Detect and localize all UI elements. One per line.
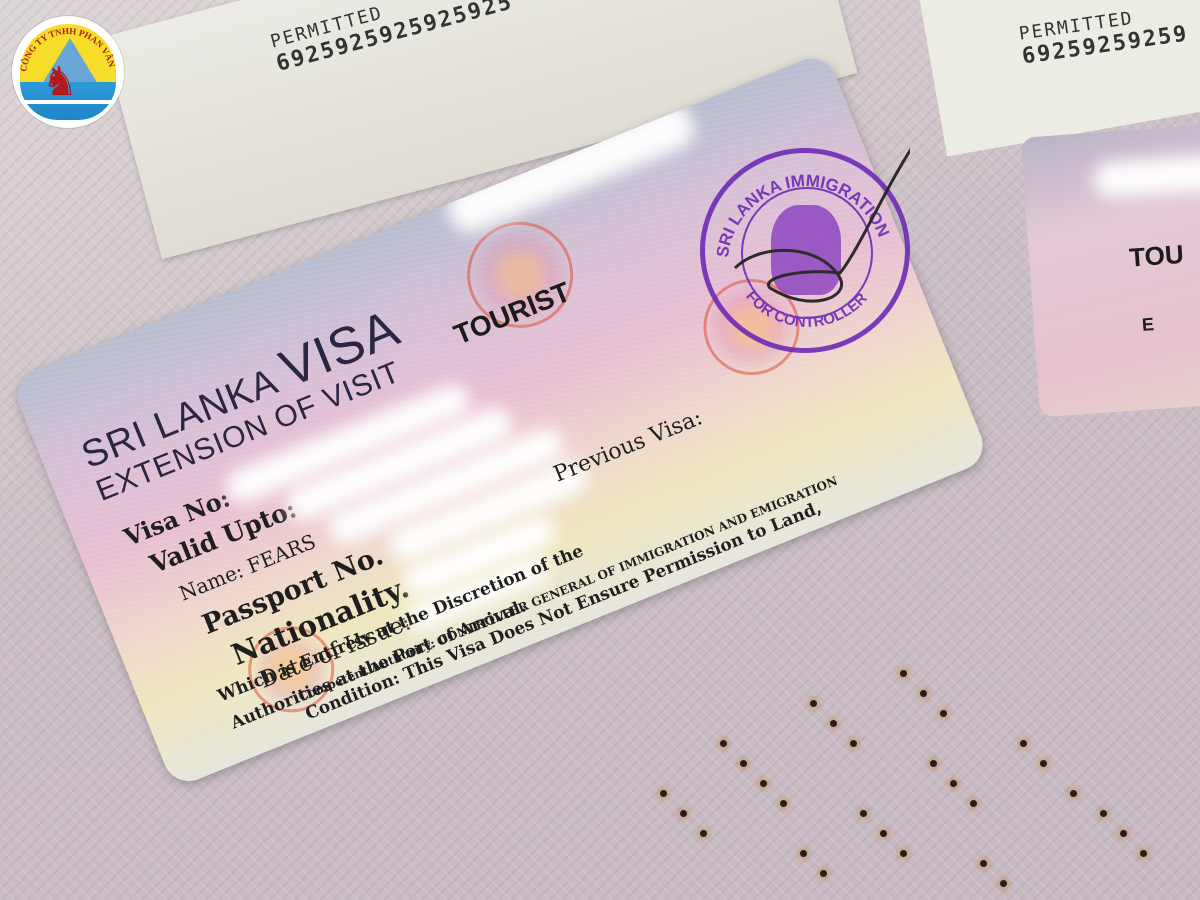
visa-partial-text: E [1141,314,1154,336]
perforation-hole [940,710,947,717]
perforation-hole [1120,830,1127,837]
company-logo: ♞ CÔNG TY TNHH PHAN VÂN [12,16,124,128]
visa-sticker-secondary: TOU E [1021,113,1200,417]
perforation-hole [780,800,787,807]
perforation-hole [1140,850,1147,857]
perforation-hole [1000,880,1007,887]
perforation-hole [930,760,937,767]
perforation-hole [950,780,957,787]
perforation-hole [800,850,807,857]
perforation-hole [760,780,767,787]
perforation-hole [720,740,727,747]
perforation-hole [810,700,817,707]
perforation-hole [740,760,747,767]
perforation-hole [920,690,927,697]
perforation-holes [600,660,1200,900]
svg-text:FOR CONTROLLER: FOR CONTROLLER [742,288,870,331]
perforation-hole [1020,740,1027,747]
perforation-hole [1100,810,1107,817]
previous-visa-label: Previous Visa: [550,405,706,487]
svg-text:CÔNG TY TNHH PHAN VÂN: CÔNG TY TNHH PHAN VÂN [18,26,117,72]
stamp-bottom-text: FOR CONTROLLER [742,288,870,331]
perforation-hole [970,800,977,807]
stamp-top-text: SRI LANKA IMMIGRATION [713,171,893,259]
logo-company-name: CÔNG TY TNHH PHAN VÂN [18,26,117,72]
perforation-hole [880,830,887,837]
perforation-hole [830,720,837,727]
perforation-hole [900,850,907,857]
perforation-hole [700,830,707,837]
visa-type-partial: TOU [1128,239,1184,274]
perforation-hole [1070,790,1077,797]
perforation-hole [680,810,687,817]
perforation-hole [850,740,857,747]
passport-photo-scene: PERMITTED 6925925925925925 PERMITTED 692… [0,0,1200,900]
perforation-hole [860,810,867,817]
stamp-ring-text: SRI LANKA IMMIGRATION FOR CONTROLLER [700,148,910,353]
immigration-stamp: SRI LANKA IMMIGRATION FOR CONTROLLER [700,148,910,353]
perforation-hole [980,860,987,867]
perforation-hole [900,670,907,677]
svg-text:SRI LANKA IMMIGRATION: SRI LANKA IMMIGRATION [713,171,893,259]
redacted-area [1093,149,1200,199]
perforation-hole [1040,760,1047,767]
perforation-hole [820,870,827,877]
perforation-hole [660,790,667,797]
